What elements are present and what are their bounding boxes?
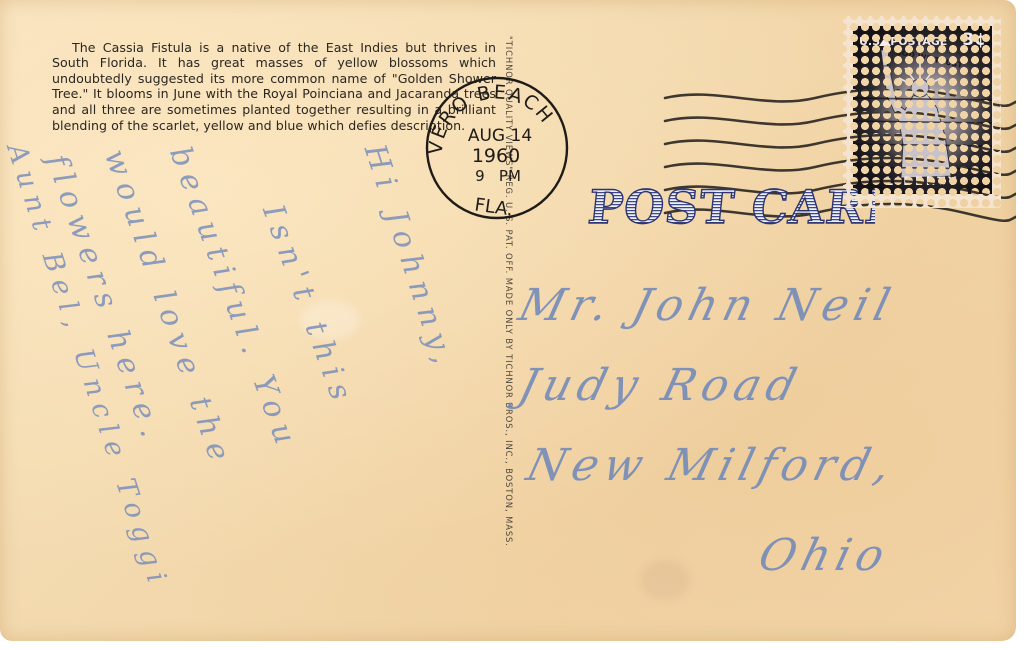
statue-of-liberty-icon xyxy=(853,26,992,194)
address-city: New Milford, xyxy=(522,440,902,491)
post-card-title-text: POST CARD xyxy=(586,180,875,234)
postmark-date: AUG 14 xyxy=(468,126,532,146)
stamp-caption: LIBERTY xyxy=(853,174,992,188)
postmark: VERO BEACH AUG 14 1960 9 PM FLA. xyxy=(420,73,570,223)
postcard-back: The Cassia Fistula is a native of the Ea… xyxy=(0,0,1016,641)
post-card-title: POST CARD xyxy=(585,165,875,245)
stamp-country: U.S. xyxy=(859,35,884,48)
paper-stain xyxy=(640,560,690,600)
postmark-year: 1960 xyxy=(472,145,520,167)
address-name: Mr. John Neil xyxy=(514,280,901,331)
stamp-value: 3¢ xyxy=(962,30,986,50)
stamp-header: U.S. POSTAGE 3¢ xyxy=(859,30,986,50)
address-state: Ohio xyxy=(754,530,896,581)
postage-stamp: U.S. POSTAGE 3¢ GOD WE TRUST LIBERTY xyxy=(843,16,1001,208)
stamp-label: POSTAGE xyxy=(890,35,947,48)
stamp-image: U.S. POSTAGE 3¢ GOD WE TRUST LIBERTY xyxy=(853,26,992,194)
postmark-time: 9 PM xyxy=(475,167,521,185)
address-street: Judy Road xyxy=(514,360,808,411)
